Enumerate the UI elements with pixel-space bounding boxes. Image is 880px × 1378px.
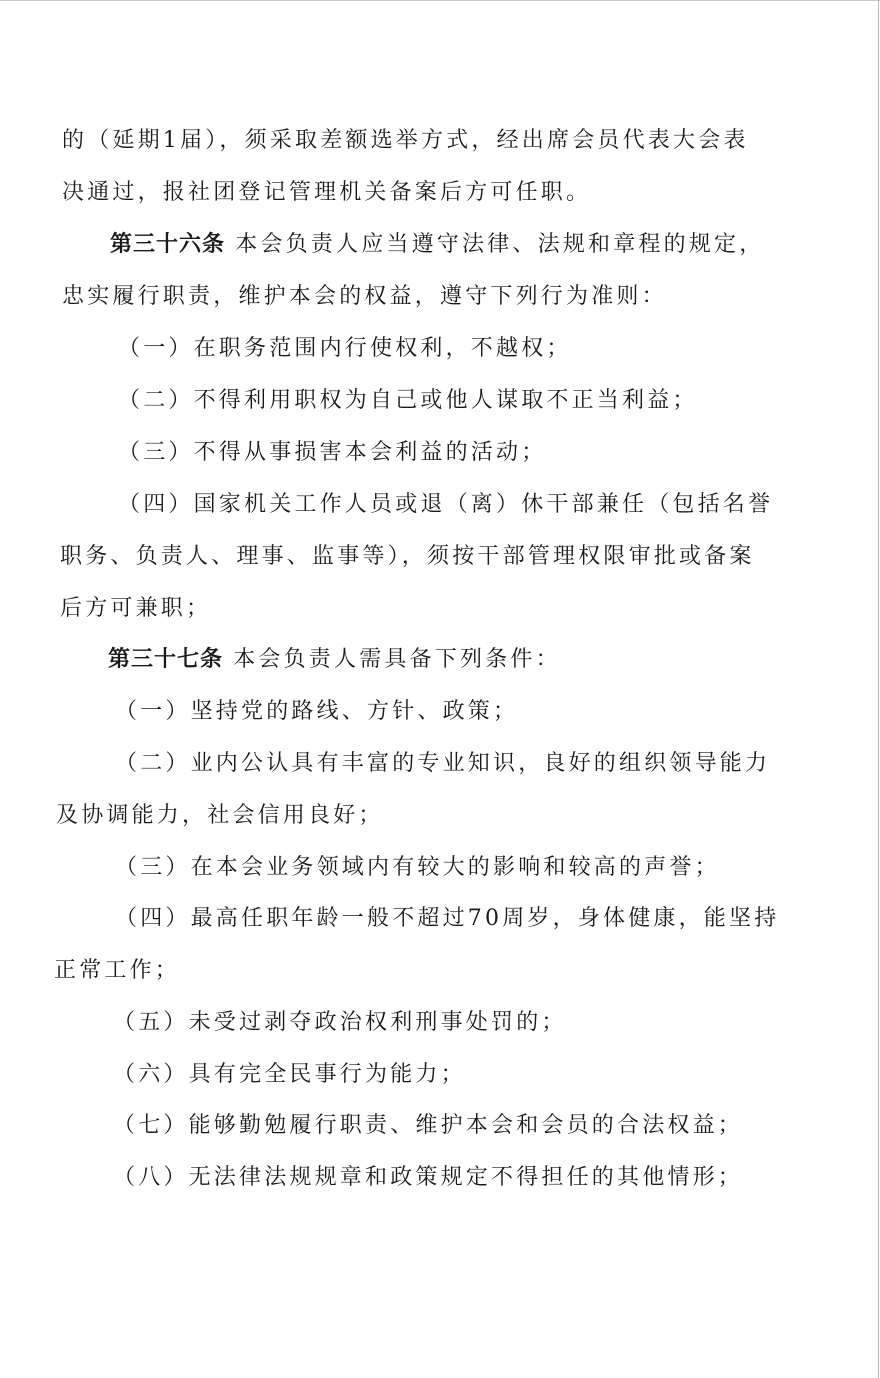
article-37-line: 第三十七条 本会负责人需具备下列条件：: [108, 645, 561, 675]
paragraph-line: 决通过，报社团登记管理机关备案后方可任职。: [62, 178, 591, 208]
list-item: （一）坚持党的路线、方针、政策；: [115, 697, 518, 727]
list-item: （六）具有完全民事行为能力；: [113, 1060, 466, 1090]
article-text: 本会负责人需具备下列条件：: [223, 647, 561, 672]
article-text: 本会负责人应当遵守法律、法规和章程的规定，: [225, 232, 764, 257]
paragraph-line: 及协调能力，社会信用良好；: [56, 801, 384, 831]
list-item: （二）不得利用职权为自己或他人谋取不正当利益；: [118, 386, 698, 416]
list-item: （二）业内公认具有丰富的专业知识，良好的组织领导能力: [115, 749, 770, 779]
list-item: （八）无法律法规规章和政策规定不得担任的其他情形；: [113, 1163, 743, 1193]
list-item: （七）能够勤勉履行职责、维护本会和会员的合法权益；: [113, 1111, 743, 1141]
page-border-right: [878, 0, 879, 1378]
paragraph-line: 忠实履行职责，维护本会的权益，遵守下列行为准则：: [62, 282, 667, 312]
list-item: （三）不得从事损害本会利益的活动；: [118, 438, 546, 468]
paragraph-line: 后方可兼职；: [60, 594, 211, 624]
paragraph-line: 职务、负责人、理事、监事等），须按干部管理权限审批或备案: [60, 542, 755, 572]
paragraph-line: 正常工作；: [54, 956, 180, 986]
list-item: （四）国家机关工作人员或退（离）休干部兼任（包括名誉: [118, 490, 773, 520]
article-36-line: 第三十六条 本会负责人应当遵守法律、法规和章程的规定，: [110, 230, 764, 260]
paragraph-line: 的（延期1届），须采取差额选举方式，经出席会员代表大会表: [62, 126, 749, 156]
page-border-top: [0, 0, 880, 1]
list-item: （五）未受过剥夺政治权利刑事处罚的；: [113, 1008, 567, 1038]
list-item: （三）在本会业务领域内有较大的影响和较高的声誉；: [115, 853, 720, 883]
article-heading: 第三十七条: [108, 647, 223, 672]
article-heading: 第三十六条: [110, 232, 225, 257]
list-item: （四）最高任职年龄一般不超过70周岁，身体健康，能坚持: [115, 904, 779, 934]
list-item: （一）在职务范围内行使权利，不越权；: [118, 334, 572, 364]
